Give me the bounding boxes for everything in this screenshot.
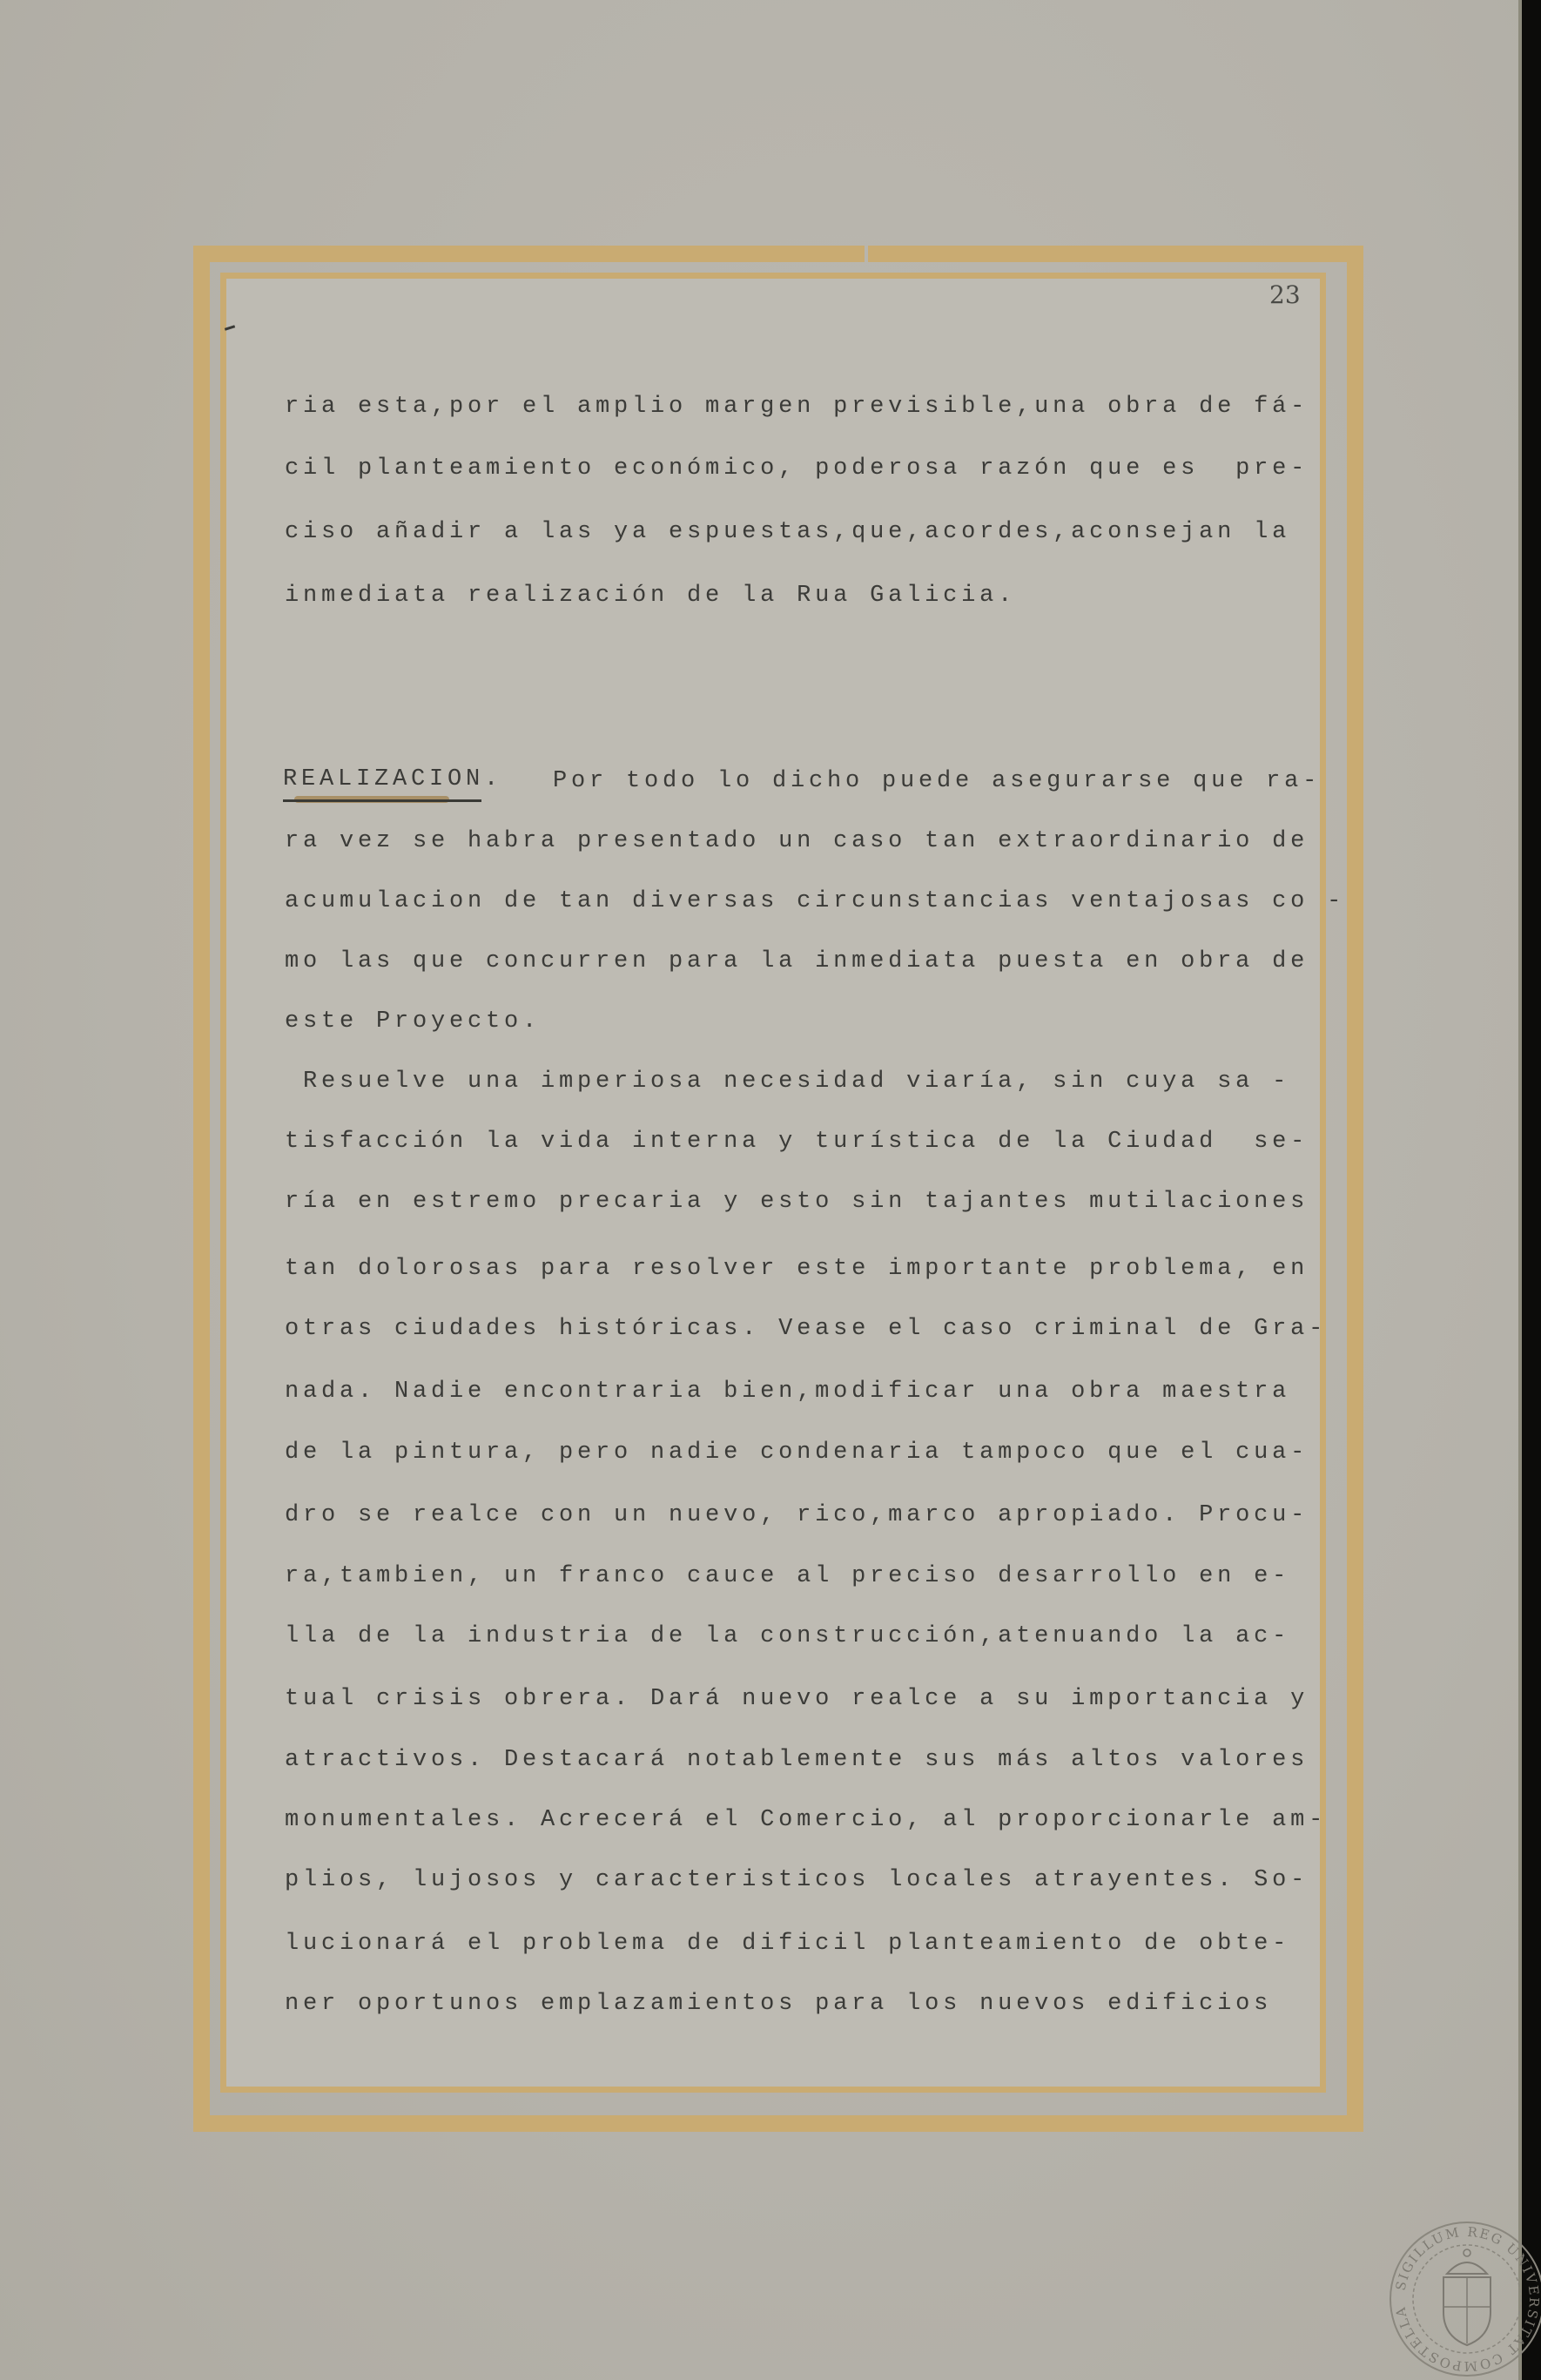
text-line: monumentales. Acrecerá el Comercio, al p… xyxy=(285,1805,1327,1835)
text-line: ría en estremo precaria y esto sin tajan… xyxy=(285,1187,1309,1217)
text-line: este Proyecto. xyxy=(285,1007,541,1036)
heading-underline xyxy=(283,799,481,802)
text-line: dro se realce con un nuevo, rico,marco a… xyxy=(285,1500,1309,1530)
text-line: plios, lujosos y caracteristicos locales… xyxy=(285,1865,1309,1895)
text-line: ra vez se habra presentado un caso tan e… xyxy=(285,826,1309,856)
text-line: atractivos. Destacará notablemente sus m… xyxy=(285,1745,1309,1775)
text-line: de la pintura, pero nadie condenaria tam… xyxy=(285,1438,1309,1467)
section-heading: REALIZACION. xyxy=(283,766,502,792)
text-line: Por todo lo dicho puede asegurarse que r… xyxy=(553,766,1321,796)
text-line: lla de la industria de la construcción,a… xyxy=(285,1622,1290,1651)
svg-text:SIGILLUM REG UNIVERSITAT COMPO: SIGILLUM REG UNIVERSITAT COMPOSTELLAN xyxy=(1384,2216,1541,2374)
text-line: Resuelve una imperiosa necesidad viaría,… xyxy=(285,1067,1290,1096)
text-line: lucionará el problema de dificil plantea… xyxy=(285,1929,1290,1959)
text-line: ciso añadir a las ya espuestas,que,acord… xyxy=(285,517,1290,547)
text-line: cil planteamiento económico, poderosa ra… xyxy=(285,454,1309,483)
text-line: mo las que concurren para la inmediata p… xyxy=(285,947,1309,976)
text-line: tual crisis obrera. Dará nuevo realce a … xyxy=(285,1684,1309,1714)
outer-frame-gap xyxy=(865,246,868,262)
text-line: otras ciudades históricas. Vease el caso… xyxy=(285,1314,1327,1344)
university-seal-icon: SIGILLUM REG UNIVERSITAT COMPOSTELLAN xyxy=(1384,2216,1541,2380)
text-line: ner oportunos emplazamientos para los nu… xyxy=(285,1989,1272,2019)
page-number: 23 xyxy=(1269,280,1301,309)
text-line: ria esta,por el amplio margen previsible… xyxy=(285,392,1309,421)
text-line: tan dolorosas para resolver este importa… xyxy=(285,1254,1309,1284)
page-edge-shadow xyxy=(1518,0,1541,2380)
text-line: inmediata realización de la Rua Galicia. xyxy=(285,581,1016,610)
text-line: tisfacción la vida interna y turística d… xyxy=(285,1127,1309,1156)
text-line: ra,tambien, un franco cauce al preciso d… xyxy=(285,1561,1290,1591)
text-line: acumulacion de tan diversas circunstanci… xyxy=(285,887,1345,916)
text-line: nada. Nadie encontraria bien,modificar u… xyxy=(285,1377,1290,1406)
